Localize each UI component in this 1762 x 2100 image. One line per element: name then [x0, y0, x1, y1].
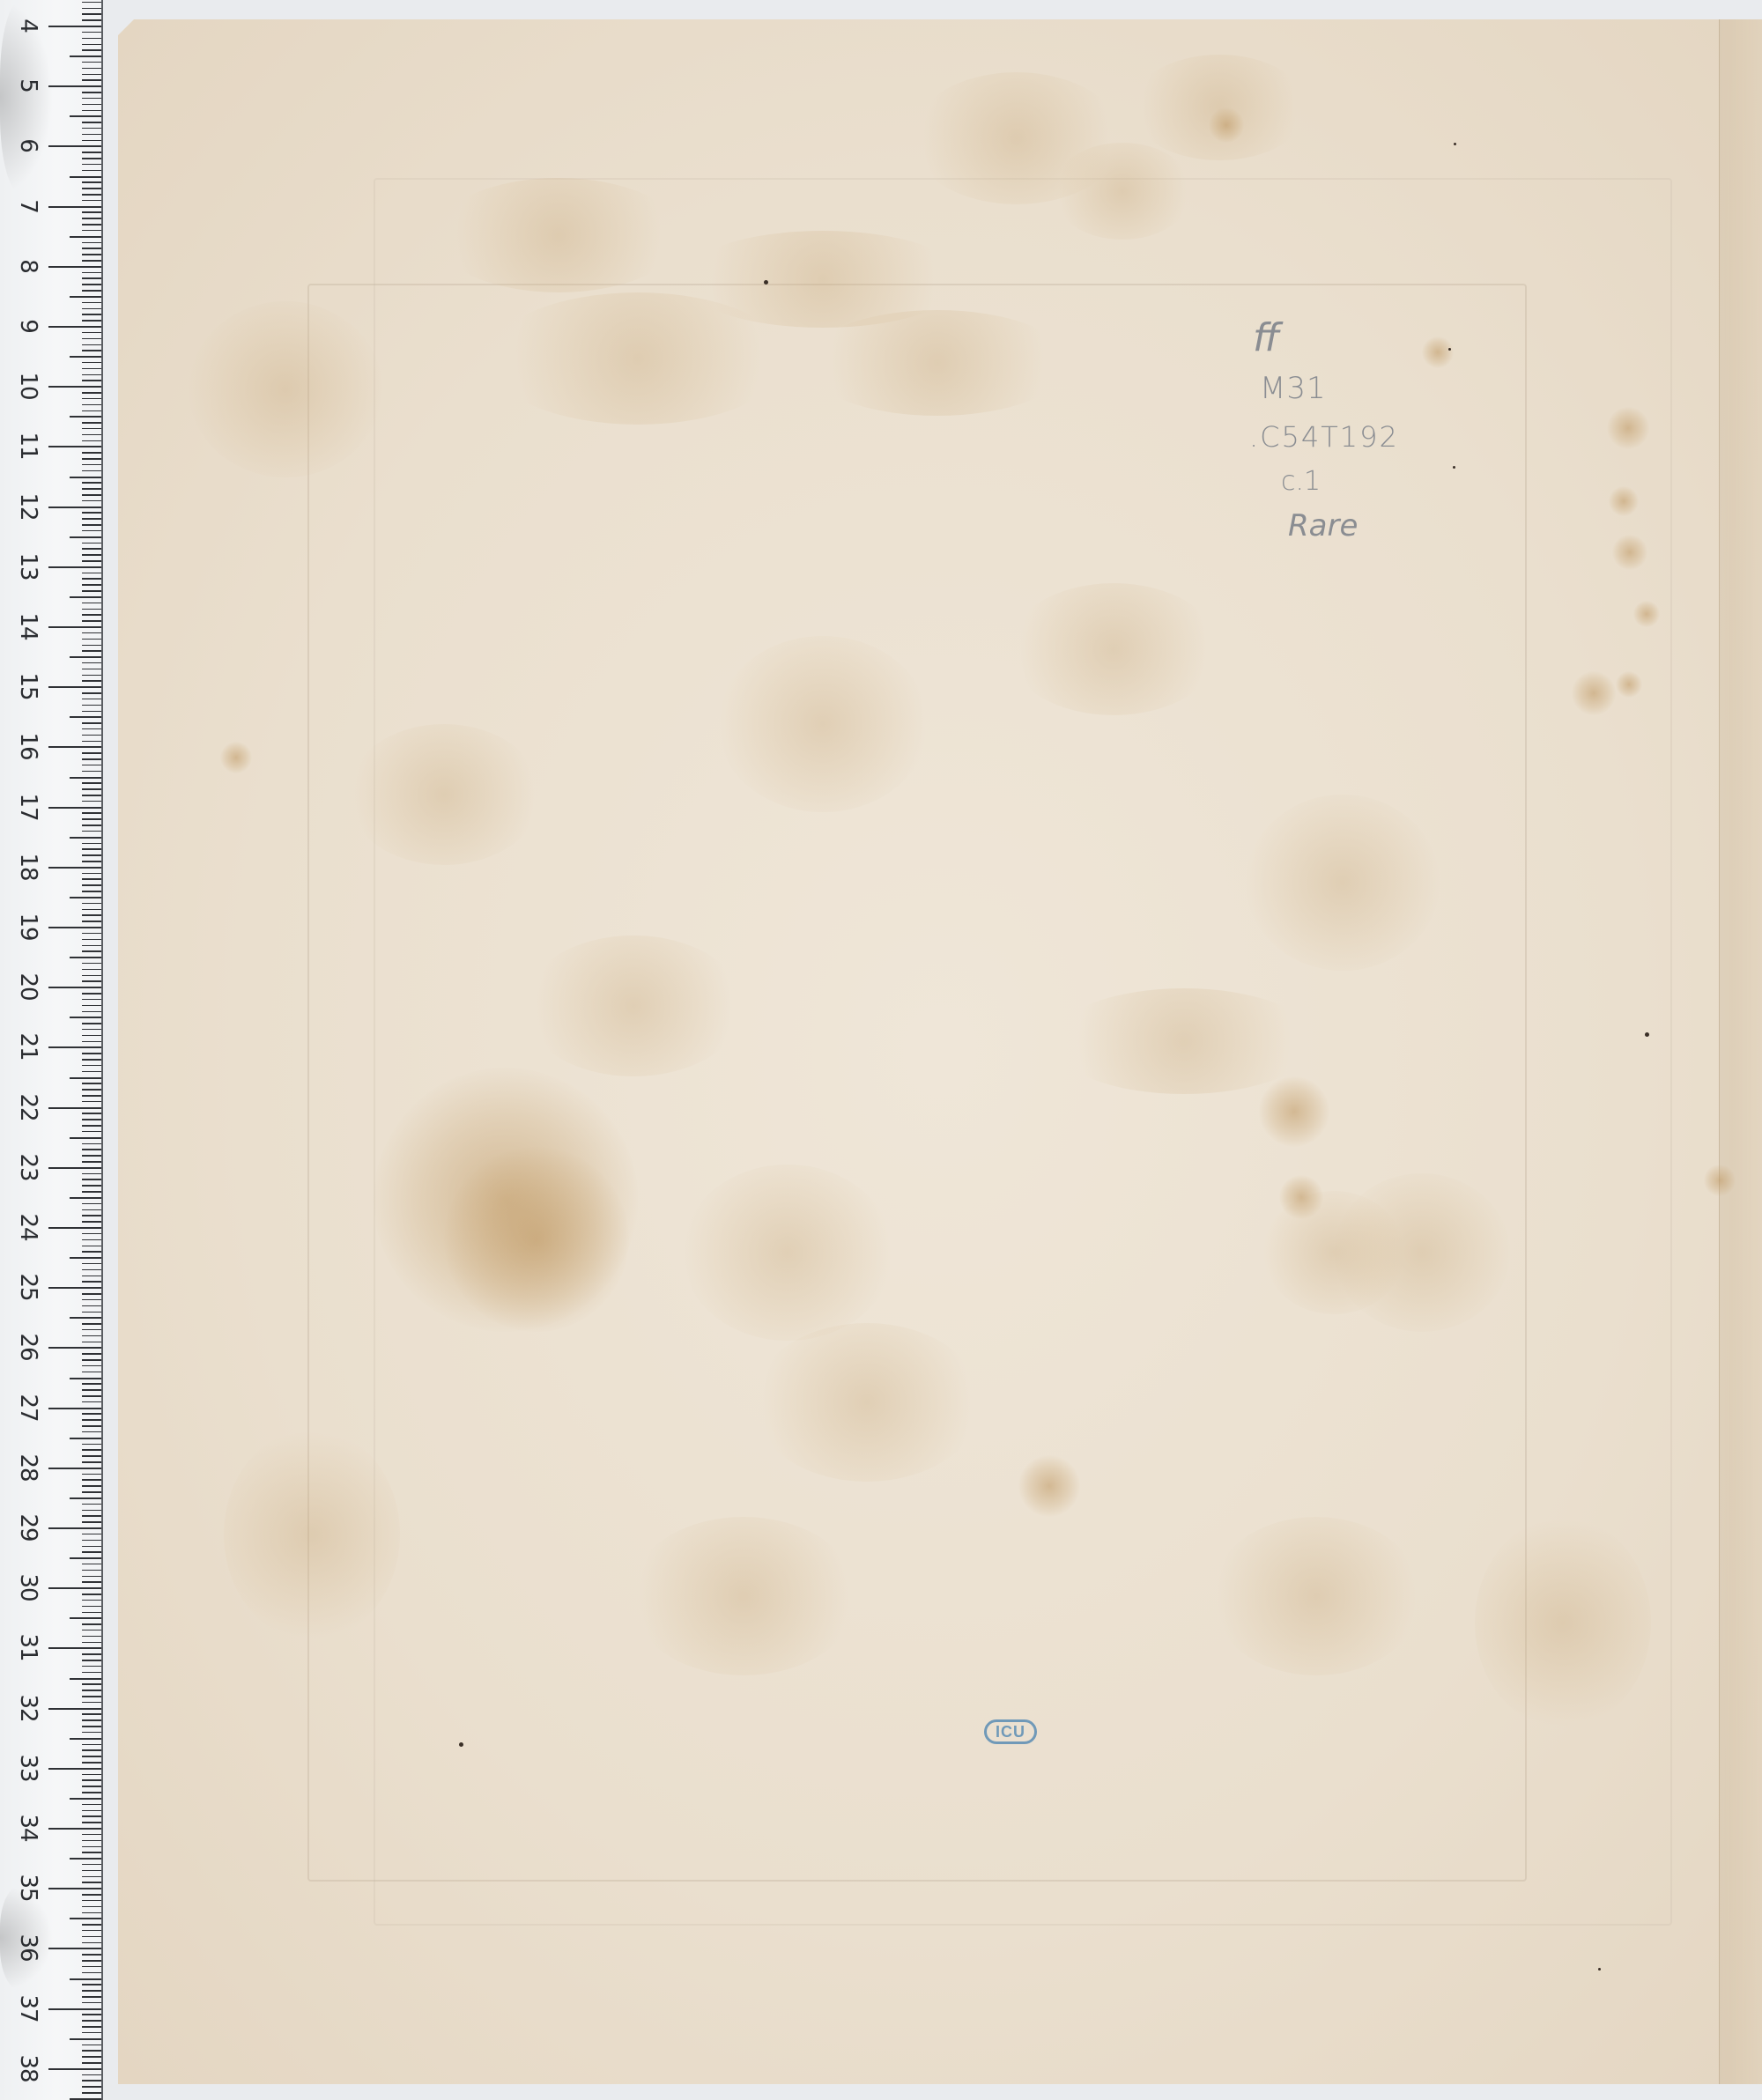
stain [1279, 1175, 1323, 1219]
stain [444, 1147, 629, 1332]
ruler-tick-minor [82, 1779, 101, 1781]
ruler-label: 34 [11, 1810, 46, 1845]
ruler-tick-minor [82, 2080, 101, 2082]
ruler-tick-minor [82, 488, 101, 490]
ruler-tick-minor [82, 392, 101, 394]
annotation-line: .C54T192 [1249, 423, 1399, 451]
ruler-tick-minor [82, 194, 101, 196]
ruler-tick-minor [82, 200, 101, 202]
ruler-tick-minor [82, 272, 101, 274]
ruler-tick-minor [82, 765, 101, 766]
ruler-tick-minor [82, 344, 101, 346]
ruler-label: 19 [11, 909, 46, 944]
ruler-tick-minor [82, 1305, 101, 1307]
ruler-tick-half [70, 1798, 101, 1800]
ruler-tick-minor [82, 2020, 101, 2022]
ruler-tick-minor [82, 1852, 101, 1853]
ruler-tick-major [48, 1647, 101, 1649]
ruler-tick-minor [82, 2002, 101, 2004]
ruler-tick-half [70, 1738, 101, 1740]
ruler-tick-minor [82, 2, 101, 4]
ruler-tick-minor [82, 1269, 101, 1271]
ruler-tick-minor [82, 1431, 101, 1433]
ruler-label: 28 [11, 1450, 46, 1485]
ruler-tick-minor [82, 188, 101, 189]
ruler-tick-major [48, 1527, 101, 1529]
ruler-tick-minor [82, 909, 101, 911]
ruler-tick-minor [82, 1846, 101, 1848]
ruler-tick-minor [82, 2032, 101, 2034]
ruler-tick-minor [82, 1005, 101, 1007]
ruler-tick-minor [82, 284, 101, 285]
ruler-tick-minor [82, 1593, 101, 1595]
ruler-tick-minor [82, 181, 101, 183]
ruler-tick-minor [82, 1161, 101, 1163]
ruler-tick-half [70, 1438, 101, 1439]
ruler-tick-minor [82, 62, 101, 63]
ruler-tick-minor [82, 1461, 101, 1463]
ruler-label: 17 [11, 789, 46, 824]
ruler-tick-half [70, 115, 101, 117]
ruler-tick-half [70, 1918, 101, 1919]
ruler-label: 20 [11, 969, 46, 1004]
ruler-tick-minor [82, 8, 101, 10]
ruler-tick-minor [82, 404, 101, 406]
ruler-tick-minor [82, 410, 101, 412]
ruler-label: 13 [11, 549, 46, 584]
stain [1018, 1455, 1080, 1517]
stain [1572, 671, 1616, 715]
ruler-label: 35 [11, 1870, 46, 1905]
ruler-tick-minor [82, 464, 101, 466]
ruler-tick-minor [82, 939, 101, 941]
ruler-tick-minor [82, 1113, 101, 1114]
ruler-tick-minor [82, 152, 101, 153]
ruler-tick-minor [82, 1606, 101, 1608]
ruler-tick-minor [82, 771, 101, 773]
ruler-tick-half [70, 596, 101, 598]
ruler-tick-minor [82, 2056, 101, 2058]
ruler-tick-half [70, 477, 101, 478]
ruler-tick-minor [82, 1540, 101, 1542]
ruler-tick-minor [82, 1023, 101, 1024]
ruler-tick-minor [82, 1299, 101, 1301]
ruler-tick-major [48, 1708, 101, 1710]
ruler-tick-minor [82, 1173, 101, 1175]
stain [1422, 336, 1454, 368]
ruler-tick-minor [82, 584, 101, 586]
ruler-tick-minor [82, 1125, 101, 1127]
ruler-tick-major [48, 867, 101, 869]
ruler-tick-minor [82, 1581, 101, 1583]
ruler-label: 38 [11, 2051, 46, 2086]
ruler-label: 27 [11, 1390, 46, 1425]
ruler-tick-minor [82, 260, 101, 262]
ruler-tick-minor [82, 1485, 101, 1487]
ruler-tick-minor [82, 398, 101, 400]
speck [1448, 348, 1451, 351]
ruler-tick-minor [82, 2045, 101, 2046]
ruler-tick-minor [82, 122, 101, 123]
ruler-tick-major [48, 386, 101, 388]
paper-sheet [118, 19, 1762, 2084]
ruler-tick-minor [82, 573, 101, 574]
ruler-tick-minor [82, 2062, 101, 2064]
ruler-tick-minor [82, 603, 101, 604]
ruler-tick-major [48, 1408, 101, 1409]
ruler-tick-minor [82, 1864, 101, 1866]
ruler-tick-minor [82, 470, 101, 472]
ruler-tick-major [48, 626, 101, 628]
ruler-tick-minor [82, 230, 101, 232]
ruler-tick-half [70, 777, 101, 779]
foxing [805, 310, 1070, 416]
paper-fold-edge [1719, 19, 1762, 2084]
ruler-tick-minor [82, 1053, 101, 1054]
ruler-tick-minor [82, 861, 101, 862]
ruler-tick-minor [82, 824, 101, 826]
ruler-tick-minor [82, 1059, 101, 1061]
ruler-tick-half [70, 1557, 101, 1559]
ruler-tick-major [48, 266, 101, 268]
ruler-tick-minor [82, 699, 101, 700]
foxing [717, 636, 929, 812]
ruler-label: 15 [11, 669, 46, 704]
ruler-tick-minor [82, 1726, 101, 1727]
ruler-tick-minor [82, 812, 101, 814]
ruler-tick-major [48, 85, 101, 87]
ruler-tick-minor [82, 2074, 101, 2076]
ruler-tick-minor [82, 1215, 101, 1216]
ruler-label: 22 [11, 1090, 46, 1125]
ruler-label: 32 [11, 1690, 46, 1726]
ruler-tick-minor [82, 848, 101, 850]
ruler-tick-minor [82, 224, 101, 226]
speck [1453, 466, 1455, 469]
ruler-label: 10 [11, 368, 46, 403]
ruler-tick-minor [82, 1276, 101, 1277]
ruler-tick-major [48, 26, 101, 27]
ruler-tick-minor [82, 1984, 101, 1985]
ruler-tick-half [70, 716, 101, 718]
ruler-tick-minor [82, 801, 101, 802]
ruler-tick-minor [82, 1810, 101, 1812]
foxing [629, 1517, 858, 1675]
ruler-tick-minor [82, 1071, 101, 1073]
ruler-label: 6 [11, 128, 46, 163]
ruler-tick-minor [82, 639, 101, 640]
ruler-tick-minor [82, 1444, 101, 1446]
ruler-tick-minor [82, 1546, 101, 1548]
ruler-tick-minor [82, 518, 101, 520]
ruler-tick-minor [82, 650, 101, 652]
ruler-tick-minor [82, 1504, 101, 1505]
ruler-tick-minor [82, 290, 101, 292]
ruler-tick-minor [82, 1713, 101, 1715]
ruler-label: 29 [11, 1510, 46, 1545]
ruler-tick-minor [82, 128, 101, 129]
ruler-tick-minor [82, 19, 101, 21]
ruler-tick-minor [82, 374, 101, 376]
ruler-tick-minor [82, 170, 101, 172]
ruler-tick-minor [82, 2050, 101, 2052]
ruler-tick-minor [82, 675, 101, 677]
ruler-tick-minor [82, 1425, 101, 1427]
ruler-tick-minor [82, 741, 101, 743]
ruler-tick-minor [82, 1630, 101, 1631]
ruler-tick-minor [82, 1383, 101, 1385]
ruler-tick-minor [82, 308, 101, 310]
ruler-tick-minor [82, 2092, 101, 2094]
ruler-tick-major [48, 446, 101, 447]
ruler-tick-half [70, 176, 101, 178]
ruler-tick-minor [82, 1491, 101, 1493]
ruler-tick-minor [82, 1395, 101, 1397]
ruler-tick-minor [82, 242, 101, 244]
ruler-tick-major [48, 507, 101, 508]
ruler-label: 12 [11, 489, 46, 524]
ruler-tick-minor [82, 134, 101, 136]
ruler-tick-minor [82, 1732, 101, 1734]
ruler-tick-minor [82, 1149, 101, 1150]
ruler-tick-minor [82, 1894, 101, 1896]
annotation-line: M31 [1260, 373, 1327, 403]
ruler-label: 16 [11, 728, 46, 764]
ruler-tick-minor [82, 1401, 101, 1403]
ruler-tick-minor [82, 140, 101, 142]
ruler-tick-minor [82, 722, 101, 724]
ruler-tick-minor [82, 543, 101, 544]
ruler-tick-major [48, 1227, 101, 1229]
ruler-tick-minor [82, 452, 101, 454]
ruler-tick-minor [82, 524, 101, 526]
ruler-tick-major [48, 1347, 101, 1349]
ruler-tick-minor [82, 1774, 101, 1776]
ruler-label: 30 [11, 1570, 46, 1605]
ruler-tick-minor [82, 1882, 101, 1883]
ruler-tick-minor [82, 1876, 101, 1878]
ruler-label: 23 [11, 1150, 46, 1185]
ruler-tick-minor [82, 1233, 101, 1235]
ruler-tick-minor [82, 1281, 101, 1283]
ruler-tick-half [70, 1378, 101, 1379]
ruler-tick-minor [82, 1246, 101, 1247]
ruler-tick-minor [82, 705, 101, 706]
ruler-tick-minor [82, 1515, 101, 1517]
ruler-tick-minor [82, 1551, 101, 1553]
ruler-tick-minor [82, 1155, 101, 1157]
ruler-tick-minor [82, 1749, 101, 1751]
ruler-label: 5 [11, 68, 46, 103]
stain [1609, 486, 1639, 516]
speck [764, 280, 768, 285]
ruler-tick-major [48, 807, 101, 809]
ruler-tick-minor [82, 1455, 101, 1457]
ruler-tick-minor [82, 1035, 101, 1037]
foxing [1210, 1517, 1422, 1675]
ruler-tick-minor [82, 1672, 101, 1674]
ruler-tick-minor [82, 1089, 101, 1091]
ruler-tick-major [48, 686, 101, 688]
ruler-tick-minor [82, 993, 101, 995]
ruler-tick-minor [82, 692, 101, 694]
ruler-tick-minor [82, 1870, 101, 1872]
ruler-tick-minor [82, 1966, 101, 1968]
ruler-tick-half [70, 1257, 101, 1259]
ruler-tick-minor [82, 98, 101, 100]
speck [1645, 1032, 1649, 1037]
ruler-tick-half [70, 1137, 101, 1139]
ruler-tick-minor [82, 1263, 101, 1265]
ruler-tick-minor [82, 104, 101, 106]
ruler-label: 24 [11, 1209, 46, 1245]
ruler-tick-minor [82, 68, 101, 70]
ruler-tick-minor [82, 1041, 101, 1043]
ruler-tick-minor [82, 711, 101, 713]
ruler-tick-minor [82, 38, 101, 40]
ruler-tick-major [48, 987, 101, 988]
ruler-tick-minor [82, 632, 101, 634]
ruler-tick-half [70, 356, 101, 358]
ruler-tick-minor [82, 458, 101, 460]
ruler-tick-minor [82, 1119, 101, 1120]
ruler-tick-minor [82, 854, 101, 856]
ruler-tick-minor [82, 843, 101, 845]
stain [1209, 107, 1244, 143]
ruler-tick-minor [82, 1600, 101, 1601]
annotation-line: Rare [1288, 511, 1358, 541]
ruler-tick-minor [82, 1534, 101, 1535]
ruler-tick-minor [82, 1143, 101, 1145]
speck [1454, 143, 1456, 145]
ruler-tick-half [70, 1678, 101, 1680]
ruler-tick-minor [82, 1413, 101, 1415]
ruler-tick-minor [82, 1389, 101, 1391]
ruler-tick-minor [82, 1834, 101, 1836]
ruler-tick-minor [82, 1191, 101, 1193]
ruler-tick-minor [82, 1942, 101, 1944]
ruler-tick-minor [82, 218, 101, 219]
ruler-tick-half [70, 1317, 101, 1319]
ruler-label: 8 [11, 248, 46, 284]
ruler-tick-minor [82, 1251, 101, 1253]
ruler-tick-minor [82, 1683, 101, 1685]
foxing [523, 935, 744, 1076]
ruler-tick-minor [82, 164, 101, 166]
ruler-label: 18 [11, 849, 46, 884]
ruler-tick-half [70, 1617, 101, 1619]
ruler-tick-minor [82, 914, 101, 916]
stain [682, 1165, 893, 1341]
ruler-tick-minor [82, 903, 101, 905]
ruler-label: 31 [11, 1630, 46, 1665]
ruler-tick-minor [82, 1365, 101, 1367]
ruler-tick-minor [82, 1185, 101, 1187]
ruler-tick-minor [82, 1101, 101, 1103]
ruler-tick-minor [82, 338, 101, 340]
ruler-tick-minor [82, 428, 101, 430]
ruler-tick-major [48, 1948, 101, 1949]
ruler-tick-minor [82, 1990, 101, 1992]
ruler-tick-minor [82, 1570, 101, 1571]
ruler-tick-minor [82, 482, 101, 484]
stain [1259, 1076, 1329, 1147]
foxing [1052, 143, 1193, 240]
stain [1607, 407, 1649, 449]
ruler-tick-minor [82, 1083, 101, 1084]
foxing [347, 724, 541, 865]
ruler-tick-minor [82, 1449, 101, 1451]
ruler-tick-minor [82, 1960, 101, 1962]
foxing [189, 301, 382, 477]
ruler-tick-minor [82, 44, 101, 46]
ruler-tick-minor [82, 79, 101, 81]
ruler-tick-minor [82, 680, 101, 682]
ruler-tick-half [70, 1978, 101, 1980]
ruler-tick-minor [82, 891, 101, 892]
ruler-tick-half [70, 837, 101, 839]
ruler-tick-half [70, 416, 101, 418]
ruler-tick-minor [82, 422, 101, 424]
ruler-tick-minor [82, 752, 101, 754]
ruler-tick-minor [82, 795, 101, 796]
ruler-tick-minor [82, 1972, 101, 1974]
ruler-tick-minor [82, 1936, 101, 1938]
ruler-tick-half [70, 55, 101, 57]
ruler-tick-half [70, 236, 101, 238]
ruler-tick-minor [82, 1792, 101, 1793]
measuring-ruler: 4567891011121314151617181920212223242526… [0, 0, 103, 2100]
ruler-tick-minor [82, 368, 101, 370]
ruler-label: 33 [11, 1750, 46, 1786]
ruler-tick-minor [82, 614, 101, 616]
ruler-tick-minor [82, 728, 101, 730]
annotation-line: ff [1253, 319, 1277, 358]
speck [459, 1742, 463, 1747]
ruler-tick-major [48, 1587, 101, 1589]
ruler-tick-minor [82, 645, 101, 647]
ruler-tick-minor [82, 362, 101, 364]
ruler-tick-minor [82, 2014, 101, 2015]
ruler-tick-minor [82, 332, 101, 334]
foxing [1131, 55, 1307, 160]
ruler-tick-minor [82, 277, 101, 279]
ruler-tick-minor [82, 554, 101, 556]
ruler-tick-minor [82, 1419, 101, 1421]
ruler-tick-minor [82, 1029, 101, 1031]
ruler-tick-minor [82, 110, 101, 112]
ruler-tick-minor [82, 254, 101, 255]
ruler-tick-major [48, 2008, 101, 2010]
ruler-label: 9 [11, 308, 46, 344]
ruler-tick-minor [82, 933, 101, 935]
library-stamp: ICU [984, 1719, 1037, 1744]
ruler-tick-minor [82, 1372, 101, 1373]
ruler-tick-minor [82, 494, 101, 496]
ruler-tick-minor [82, 1924, 101, 1926]
ruler-tick-minor [82, 831, 101, 832]
ruler-tick-major [48, 1768, 101, 1770]
ruler-tick-minor [82, 878, 101, 880]
ruler-tick-minor [82, 735, 101, 736]
ruler-tick-minor [82, 1900, 101, 1902]
ruler-tick-minor [82, 788, 101, 790]
foxing [435, 178, 682, 292]
ruler-tick-minor [82, 1786, 101, 1787]
ruler-tick-major [48, 566, 101, 568]
ruler-tick-minor [82, 211, 101, 213]
ruler-tick-half [70, 536, 101, 538]
